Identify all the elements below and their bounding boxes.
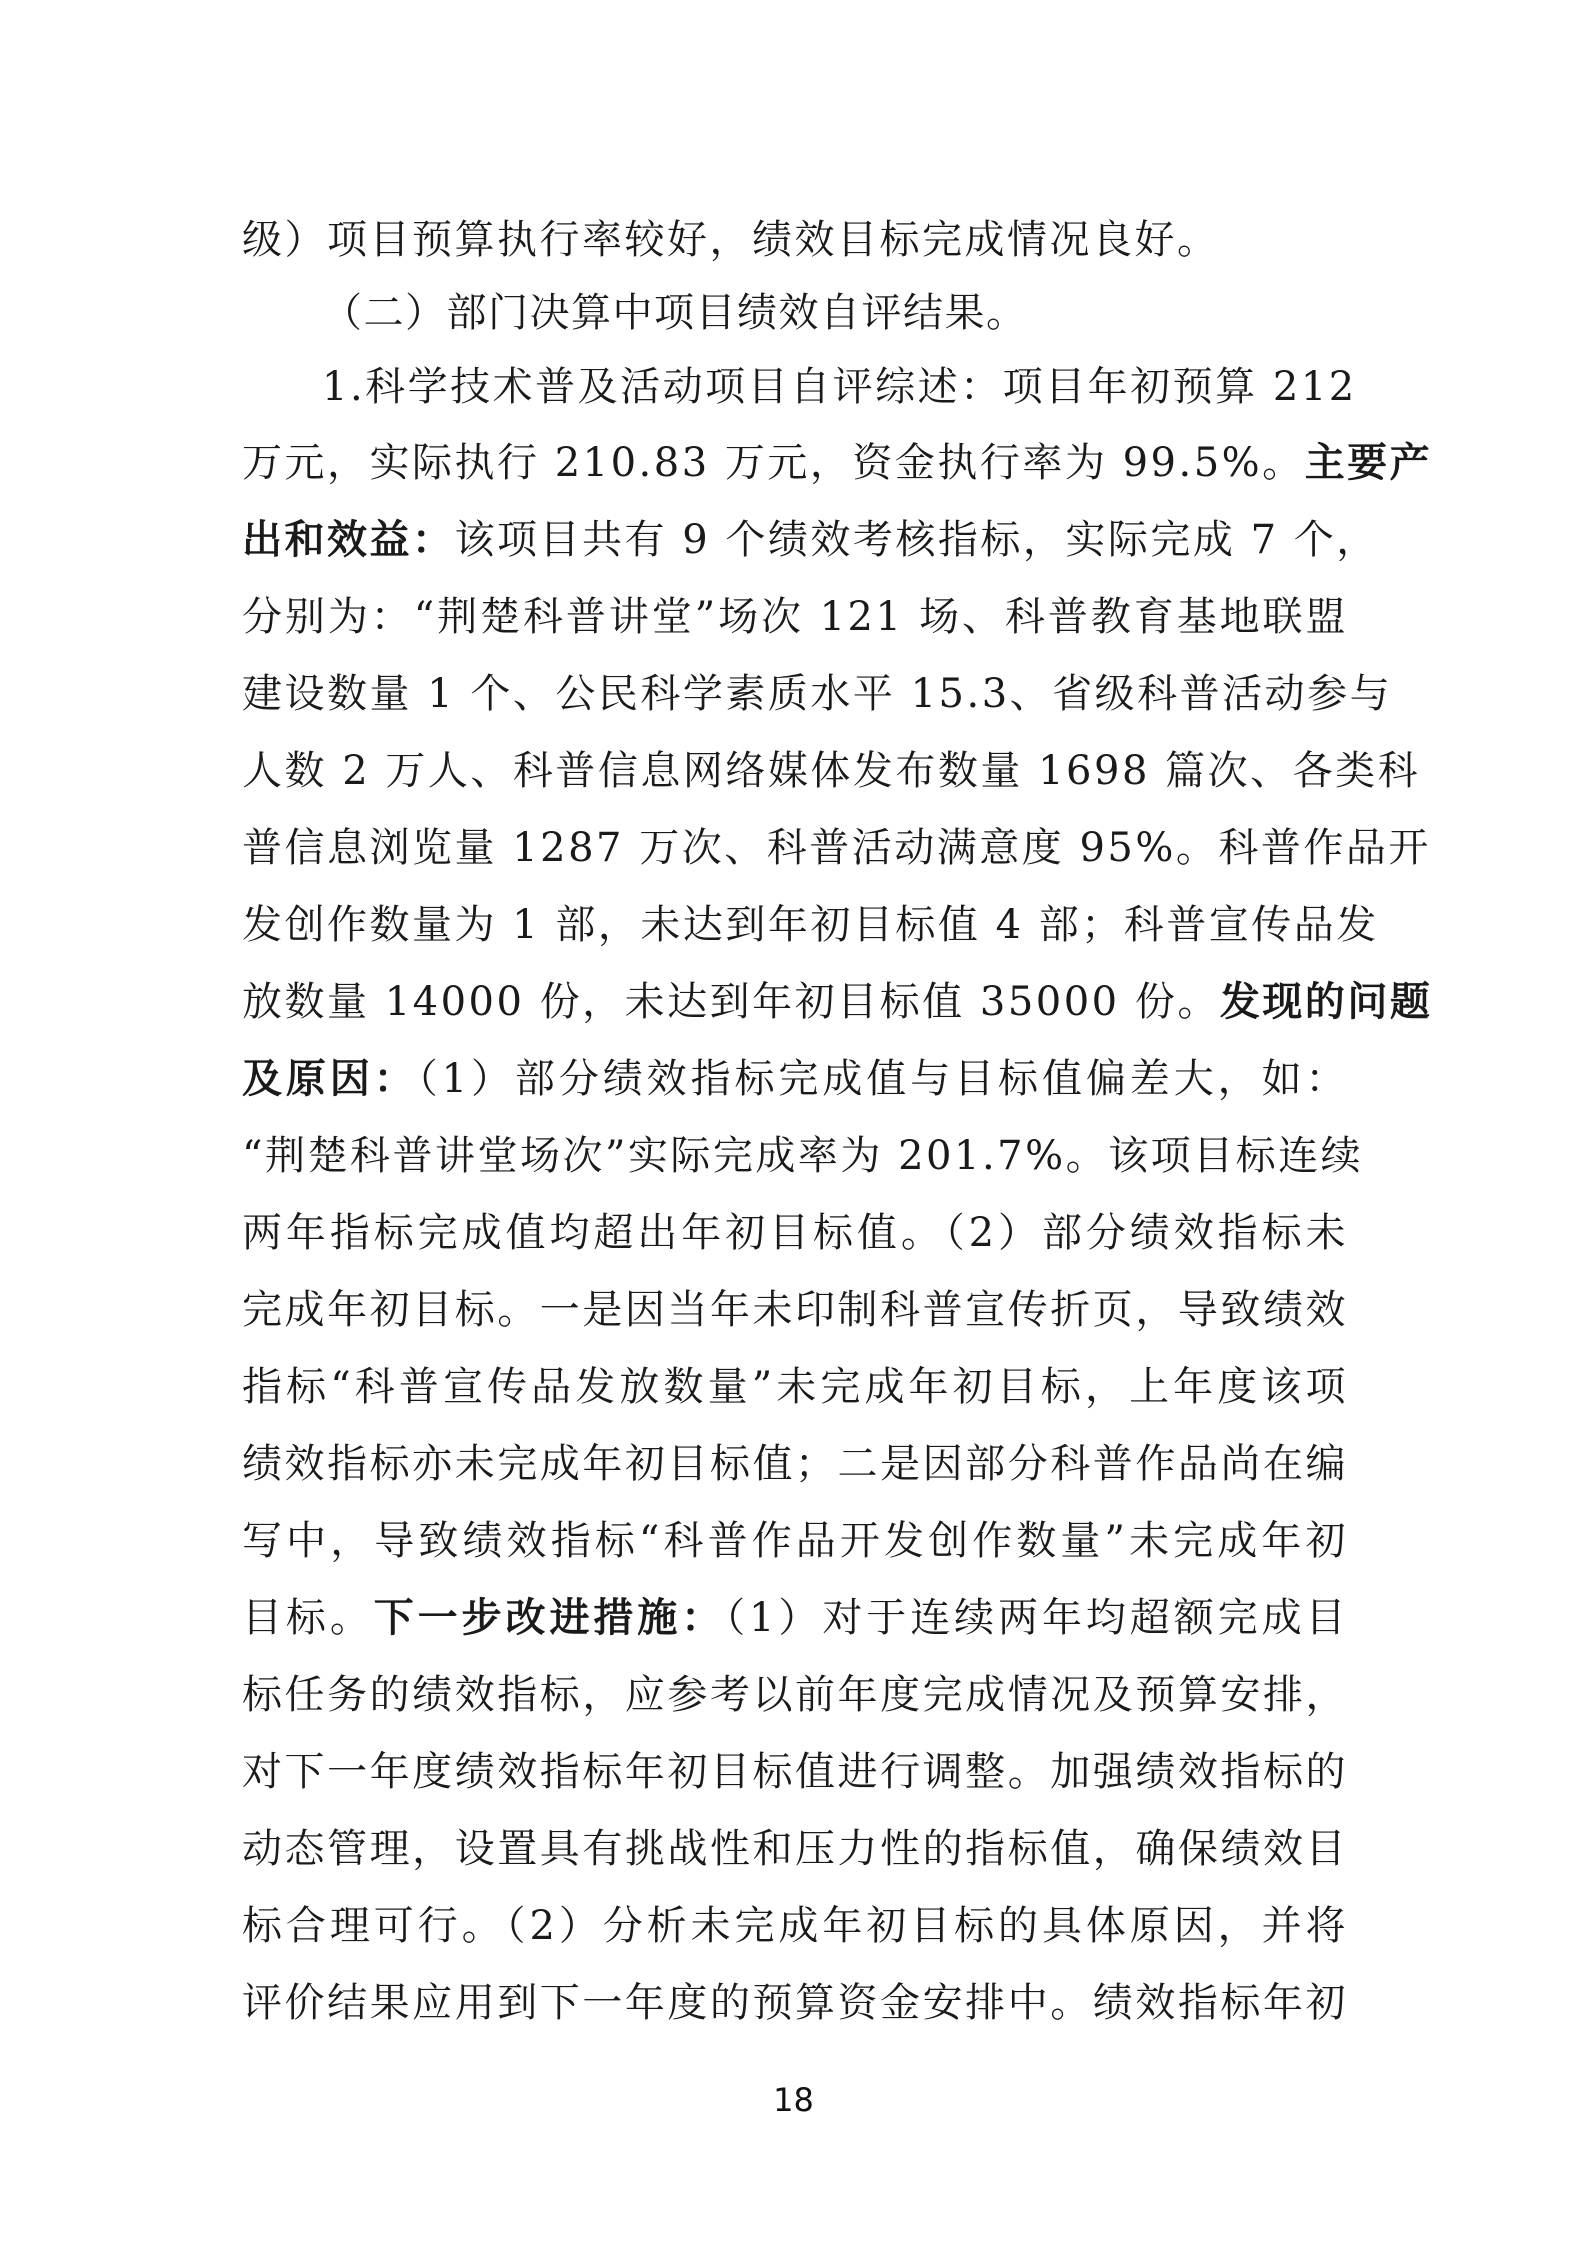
bold-label-problems: 发现的问题 <box>1220 979 1433 1025</box>
paragraph-line: 标合理可行。（2）分析未完成年初目标的具体原因，并将 <box>242 1896 1348 1956</box>
paragraph-line: 级）项目预算执行率较好，绩效目标完成情况良好。 <box>242 210 1348 270</box>
page-number: 18 <box>0 2080 1587 2120</box>
paragraph-line: 发创作数量为 1 部，未达到年初目标值 4 部；科普宣传品发 <box>242 895 1348 955</box>
bold-label-next-steps: 下一步改进措施： <box>374 1595 725 1641</box>
paragraph-line: “荆楚科普讲堂场次”实际完成率为 201.7%。该项目标连续 <box>242 1126 1348 1186</box>
paragraph-line: 指标“科普宣传品发放数量”未完成年初目标，上年度该项 <box>242 1357 1348 1417</box>
paragraph-line: 两年指标完成值均超出年初目标值。（2）部分绩效指标未 <box>242 1203 1348 1263</box>
bold-label-main-output: 主要产 <box>1305 440 1433 486</box>
body-text: 评价结果应用到下一年度的预算资金安排中。绩效指标年初 <box>242 1980 1348 2026</box>
paragraph-line: 写中，导致绩效指标“科普作品开发创作数量”未完成年初 <box>242 1511 1348 1571</box>
body-text: 对下一年度绩效指标年初目标值进行调整。加强绩效指标的 <box>242 1749 1348 1795</box>
paragraph-line: 普信息浏览量 1287 万次、科普活动满意度 95%。科普作品开 <box>242 818 1348 878</box>
section-heading: （二）部门决算中项目绩效自评结果。 <box>322 283 1028 343</box>
body-text: 万元，实际执行 210.83 万元，资金执行率为 99.5%。 <box>242 440 1305 486</box>
paragraph-line: 绩效指标亦未完成年初目标值；二是因部分科普作品尚在编 <box>242 1434 1348 1494</box>
body-text: 1.科学技术普及活动项目自评综述：项目年初预算 212 <box>322 364 1357 410</box>
body-text: 人数 2 万人、科普信息网络媒体发布数量 1698 篇次、各类科 <box>242 748 1420 794</box>
paragraph-line: 分别为：“荆楚科普讲堂”场次 121 场、科普教育基地联盟 <box>242 587 1348 647</box>
body-text: 放数量 14000 份，未达到年初目标值 35000 份。 <box>242 979 1220 1025</box>
body-text: 建设数量 1 个、公民科学素质水平 15.3、省级科普活动参与 <box>242 671 1392 717</box>
body-text: （1）对于连续两年均超额完成目 <box>725 1595 1348 1641</box>
document-page: 级）项目预算执行率较好，绩效目标完成情况良好。 （二）部门决算中项目绩效自评结果… <box>0 0 1587 2245</box>
paragraph-line: 放数量 14000 份，未达到年初目标值 35000 份。发现的问题 <box>242 972 1348 1032</box>
paragraph-line: 标任务的绩效指标，应参考以前年度完成情况及预算安排， <box>242 1665 1348 1725</box>
body-text: 发创作数量为 1 部，未达到年初目标值 4 部；科普宣传品发 <box>242 902 1379 948</box>
body-text: 动态管理，设置具有挑战性和压力性的指标值，确保绩效目 <box>242 1826 1348 1872</box>
paragraph-line: 对下一年度绩效指标年初目标值进行调整。加强绩效指标的 <box>242 1742 1348 1802</box>
body-text: 标合理可行。（2）分析未完成年初目标的具体原因，并将 <box>242 1903 1348 1949</box>
body-text: 标任务的绩效指标，应参考以前年度完成情况及预算安排， <box>242 1672 1348 1718</box>
body-text: 绩效指标亦未完成年初目标值；二是因部分科普作品尚在编 <box>242 1441 1348 1487</box>
body-text: 级）项目预算执行率较好，绩效目标完成情况良好。 <box>242 217 1220 263</box>
paragraph-line: 人数 2 万人、科普信息网络媒体发布数量 1698 篇次、各类科 <box>242 741 1348 801</box>
paragraph-line: 及原因：（1）部分绩效指标完成值与目标值偏差大，如： <box>242 1049 1348 1109</box>
body-text: 完成年初目标。一是因当年未印制科普宣传折页，导致绩效 <box>242 1287 1348 1333</box>
paragraph-line: 出和效益：该项目共有 9 个绩效考核指标，实际完成 7 个， <box>242 510 1348 570</box>
body-text: （1）部分绩效指标完成值与目标值偏差大，如： <box>418 1056 1348 1102</box>
body-text: 该项目共有 9 个绩效考核指标，实际完成 7 个， <box>455 517 1379 563</box>
body-text: 指标“科普宣传品发放数量”未完成年初目标，上年度该项 <box>242 1364 1348 1410</box>
paragraph-line: 万元，实际执行 210.83 万元，资金执行率为 99.5%。主要产 <box>242 433 1348 493</box>
paragraph-line: 1.科学技术普及活动项目自评综述：项目年初预算 212 <box>322 357 1348 417</box>
paragraph-line: 目标。下一步改进措施：（1）对于连续两年均超额完成目 <box>242 1588 1348 1648</box>
body-text: 目标。 <box>242 1595 374 1641</box>
heading-text: （二）部门决算中项目绩效自评结果。 <box>322 290 1028 336</box>
bold-label-problems: 及原因： <box>242 1056 418 1102</box>
body-text: 分别为：“荆楚科普讲堂”场次 121 场、科普教育基地联盟 <box>242 594 1348 640</box>
paragraph-line: 动态管理，设置具有挑战性和压力性的指标值，确保绩效目 <box>242 1819 1348 1879</box>
paragraph-line: 完成年初目标。一是因当年未印制科普宣传折页，导致绩效 <box>242 1280 1348 1340</box>
body-text: 普信息浏览量 1287 万次、科普活动满意度 95%。科普作品开 <box>242 825 1431 871</box>
paragraph-line: 评价结果应用到下一年度的预算资金安排中。绩效指标年初 <box>242 1973 1348 2033</box>
body-text: 两年指标完成值均超出年初目标值。（2）部分绩效指标未 <box>242 1210 1348 1256</box>
body-text: 写中，导致绩效指标“科普作品开发创作数量”未完成年初 <box>242 1518 1348 1564</box>
paragraph-line: 建设数量 1 个、公民科学素质水平 15.3、省级科普活动参与 <box>242 664 1348 724</box>
bold-label-main-output: 出和效益： <box>242 517 455 563</box>
body-text: “荆楚科普讲堂场次”实际完成率为 201.7%。该项目标连续 <box>242 1133 1363 1179</box>
